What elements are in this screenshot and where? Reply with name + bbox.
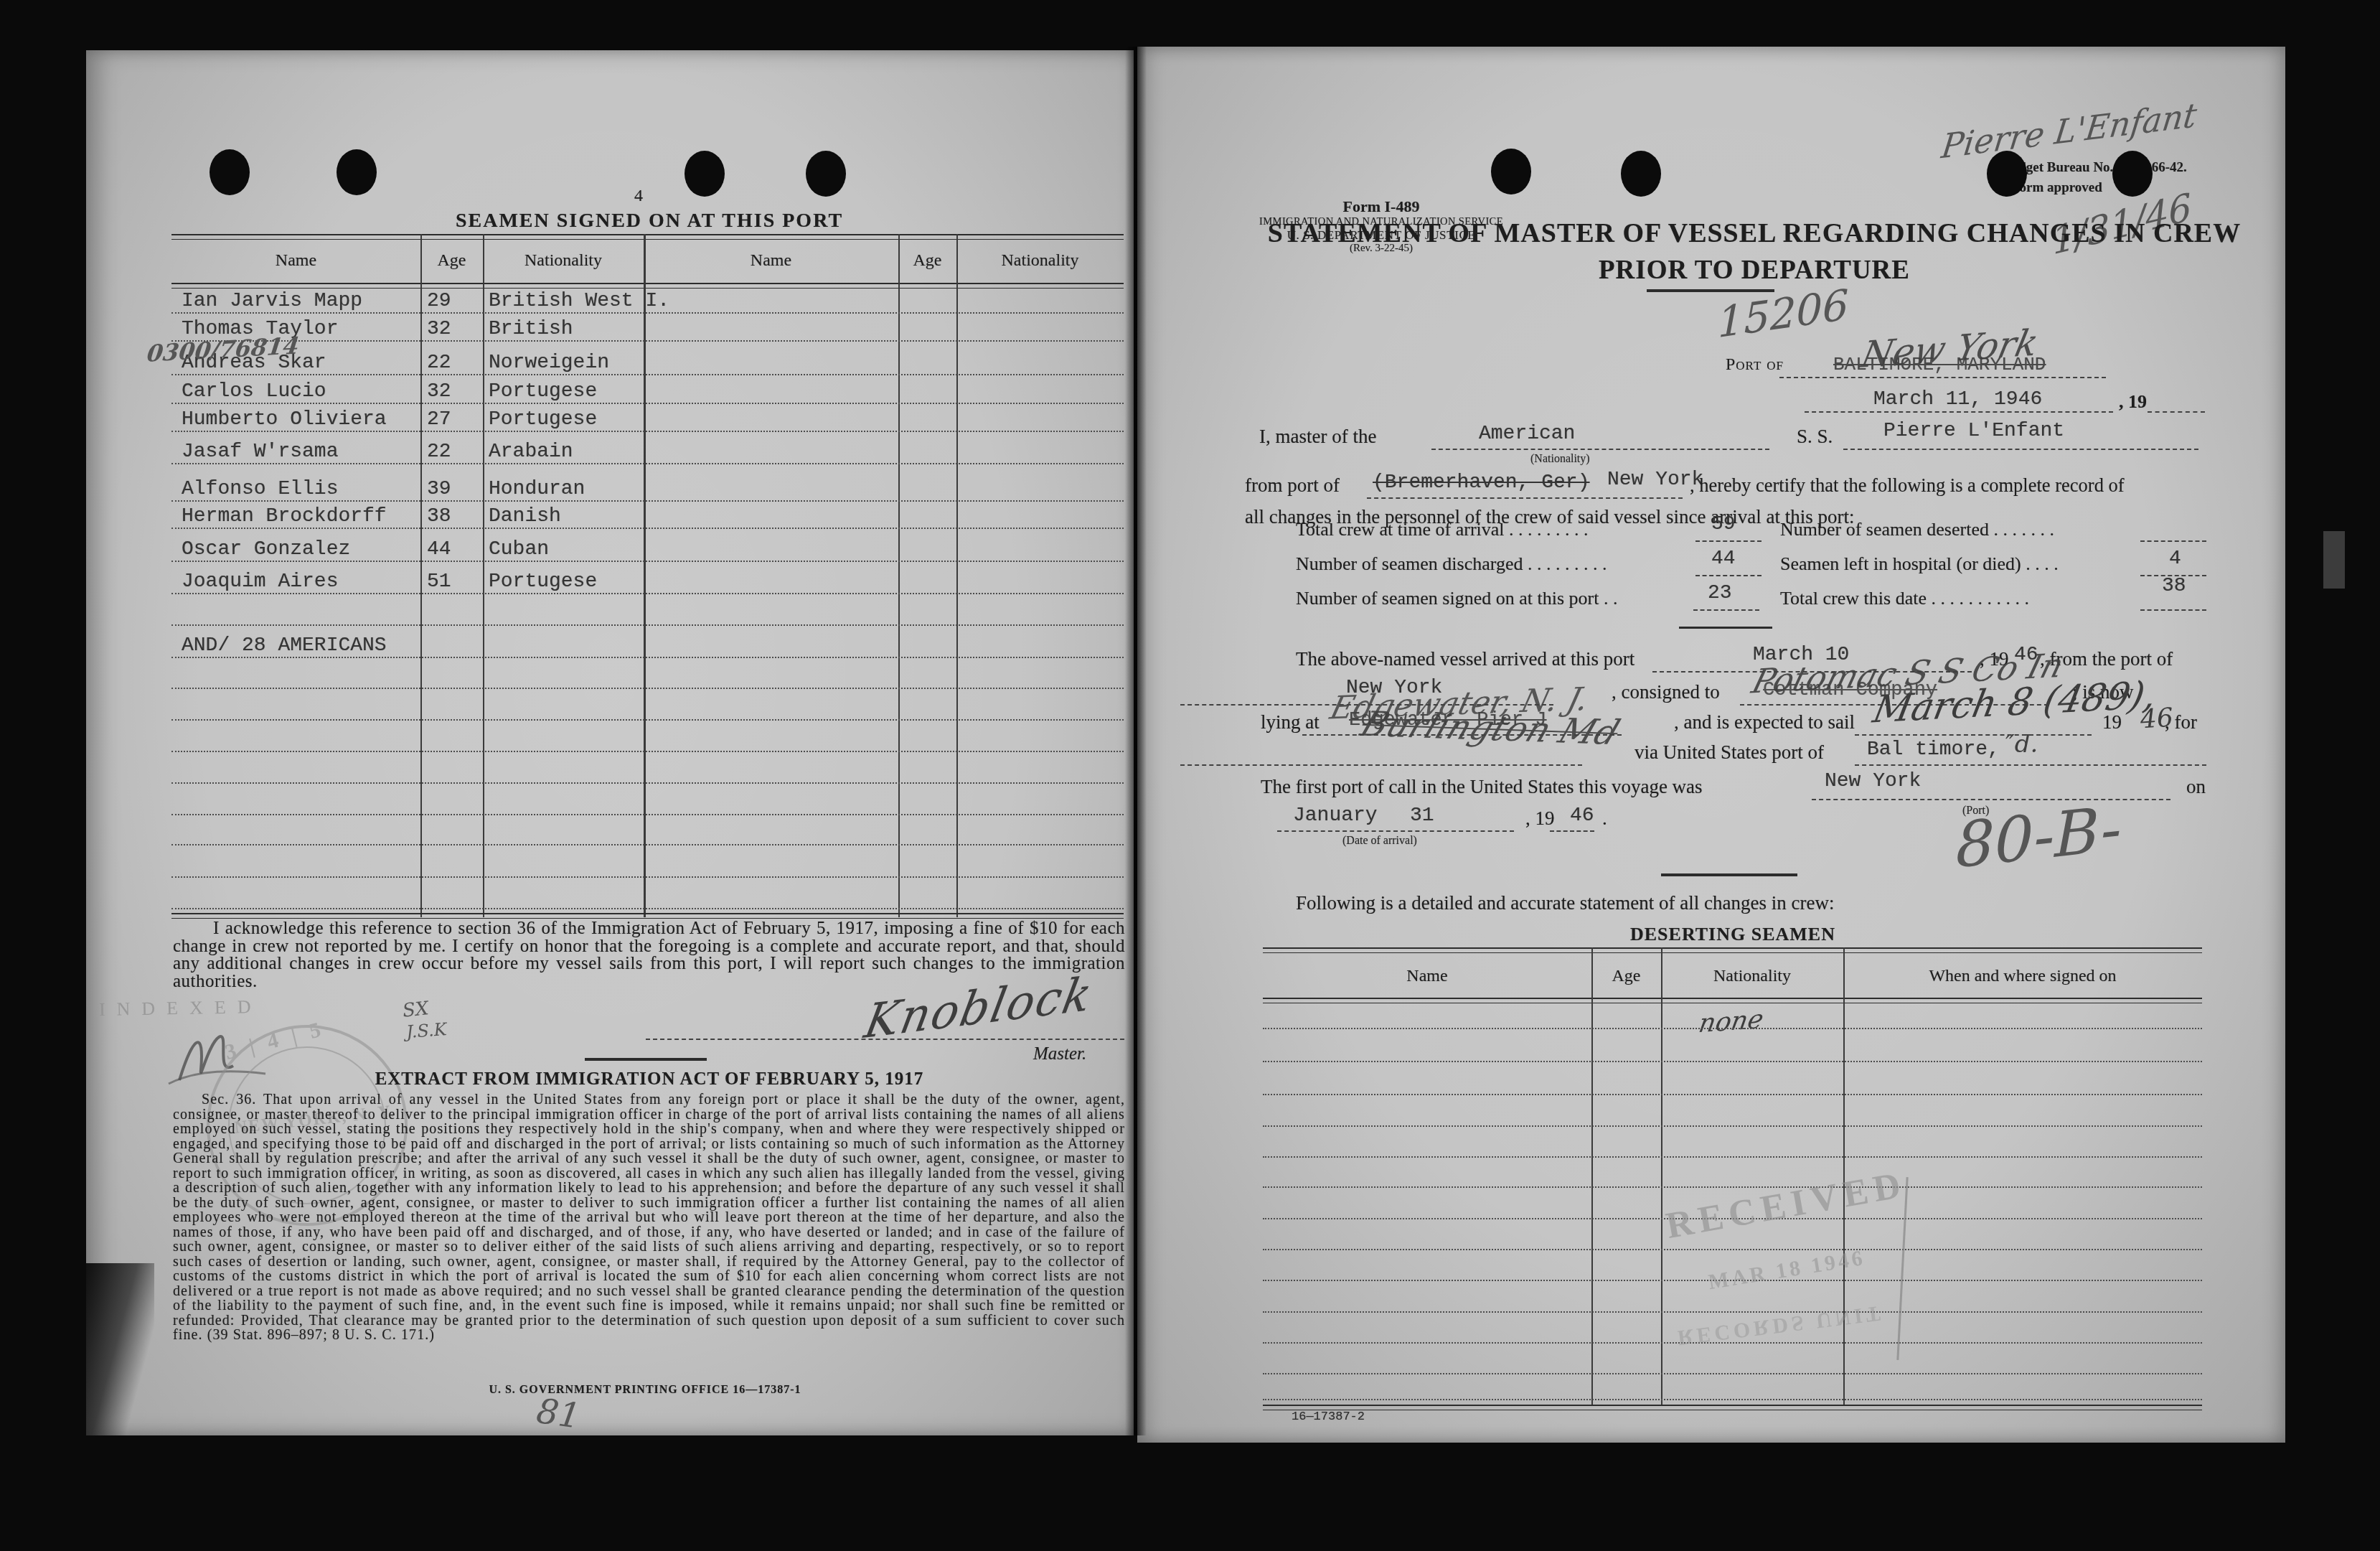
header-bottom-rule <box>1263 998 2202 1003</box>
crew-age: 29 <box>427 290 451 312</box>
row-rule <box>171 561 1124 562</box>
scan-artifact <box>2323 531 2345 589</box>
crew-nationality: Portugese <box>489 571 597 593</box>
pencil-initials-sx: SX <box>402 998 430 1022</box>
page-fold-shadow <box>1125 47 1147 1435</box>
stat-label: Seamen left in hospital (or died) . . . … <box>1780 553 2059 575</box>
handwritten-vessel-name: Pierre L'Enfant <box>1939 95 2199 167</box>
arrival-date-rule <box>1277 830 1514 832</box>
column-header: Age <box>898 251 956 271</box>
page-number: 4 <box>634 187 643 206</box>
crew-nationality: British <box>489 318 573 340</box>
table-row: Herman Brockdorff <box>182 505 387 528</box>
crew-name: Alfonso Ellis <box>182 478 338 500</box>
crew-age: 22 <box>427 441 451 463</box>
ss-label: S. S. <box>1797 426 1833 448</box>
none-entry: none <box>1696 1005 1765 1039</box>
first-port-typed: New York <box>1825 770 1921 792</box>
column-header: When and where signed on <box>1843 967 2202 986</box>
right-page: Form I-489 IMMIGRATION AND NATURALIZATIO… <box>1137 47 2285 1443</box>
punch-hole <box>2112 151 2153 197</box>
stat-value: 38 <box>2162 575 2186 597</box>
first-port-year-typed: 46 <box>1570 805 1594 827</box>
row-rule <box>1263 1094 2202 1095</box>
stat-label: Number of seamen signed on at this port … <box>1296 588 1617 609</box>
section-divider <box>1679 627 1772 629</box>
row-rule <box>171 403 1124 404</box>
row-rule <box>171 876 1124 878</box>
extract-body: Sec. 36. That upon arrival of any vessel… <box>173 1092 1125 1343</box>
column-header: Age <box>420 251 483 271</box>
nationality-typed: American <box>1479 423 1575 445</box>
column-header: Name <box>171 251 420 271</box>
row-rule <box>171 500 1124 502</box>
seamen-table-title: SEAMEN SIGNED ON AT THIS PORT <box>362 210 936 233</box>
acknowledgment-paragraph: I acknowledge this reference to section … <box>173 920 1125 990</box>
period: . <box>1602 807 1607 830</box>
master-line-prefix: I, master of the <box>1259 426 1376 448</box>
row-rule <box>171 751 1124 752</box>
row-rule <box>1263 1156 2202 1158</box>
row-rule <box>171 431 1124 432</box>
stat-rule <box>2140 540 2206 542</box>
first-port-label: The first port of call in the United Sta… <box>1261 776 1703 798</box>
row-rule <box>1263 1125 2202 1127</box>
indexed-stamp: INDEXED <box>99 996 263 1021</box>
seamen-signed-on-table: Name Age Nationality Name Age Nationalit… <box>171 234 1124 917</box>
crew-nationality: Cuban <box>489 538 549 561</box>
date-of-arrival-caption: (Date of arrival) <box>1342 835 1417 848</box>
column-separator <box>1591 947 1593 1405</box>
sail-rule <box>1855 734 2092 736</box>
date-rule <box>1805 411 2113 413</box>
crew-age: 51 <box>427 571 451 593</box>
crew-name: Humberto Oliviera <box>182 408 387 431</box>
from-port-prefix: from port of <box>1245 474 1340 497</box>
row-rule <box>1263 1061 2202 1062</box>
crew-nationality: Honduran <box>489 478 585 500</box>
table-row: Joaquim Aires <box>182 571 338 593</box>
stat-rule <box>2140 609 2206 611</box>
column-header: Nationality <box>956 251 1124 271</box>
column-header: Age <box>1591 967 1661 986</box>
stat-rule <box>1695 575 1762 576</box>
stat-value: 59 <box>1711 513 1736 535</box>
table-row: Carlos Lucio <box>182 380 326 403</box>
table-row: Alfonso Ellis <box>182 478 338 500</box>
crew-name: Oscar Gonzalez <box>182 538 350 561</box>
port-of-label: Port of <box>1726 355 1784 375</box>
stat-value: 4 <box>2169 548 2181 570</box>
arrival-date-rule-2 <box>1550 830 1594 832</box>
table-row: Ian Jarvis Mapp <box>182 290 362 312</box>
from-port-suffix: , hereby certify that the following is a… <box>1690 474 2125 497</box>
row-rule <box>171 528 1124 529</box>
row-rule <box>171 374 1124 375</box>
row-rule <box>171 908 1124 909</box>
crew-name: Ian Jarvis Mapp <box>182 290 362 312</box>
column-header: Name <box>644 251 898 271</box>
crew-age: 27 <box>427 408 451 431</box>
crew-name: Herman Brockdorff <box>182 505 387 528</box>
punch-hole <box>1987 151 2027 197</box>
master-label: Master. <box>1033 1044 1086 1064</box>
header-bottom-rule <box>171 283 1124 289</box>
stat-rule <box>1695 540 1762 542</box>
expected-sail-label: , and is expected to sail <box>1674 711 1855 734</box>
punch-hole <box>806 151 846 197</box>
row-rule <box>171 782 1124 784</box>
column-separator <box>1661 947 1662 1405</box>
row-rule <box>171 688 1124 689</box>
arrival-month-typed: January <box>1293 805 1378 827</box>
consigned-label: , consigned to <box>1612 681 1720 703</box>
form-title-line1: STATEMENT OF MASTER OF VESSEL REGARDING … <box>1266 217 2242 249</box>
via-port-typed: Bal timore, <box>1867 739 2000 761</box>
crew-name: Jasaf W'rsama <box>182 441 338 463</box>
row-rule <box>171 719 1124 721</box>
row-rule <box>1263 1186 2202 1188</box>
for-label: , for <box>2165 711 2197 734</box>
row-rule <box>1263 1399 2202 1400</box>
vessel-rule <box>1843 449 2198 450</box>
stat-label: Total crew this date . . . . . . . . . .… <box>1780 588 2029 609</box>
from-port-struck-typed: (Bremerhaven, Ger) <box>1373 472 1589 494</box>
budget-bureau-line: Budget Bureau No. 43-R066-42. <box>2002 160 2187 176</box>
crew-nationality: Portugese <box>489 408 597 431</box>
penciled-tally: 81 <box>534 1391 583 1437</box>
row-rule <box>171 312 1124 314</box>
section-divider <box>585 1058 707 1061</box>
crew-age: 38 <box>427 505 451 528</box>
crew-age: 22 <box>427 352 451 374</box>
date-typed-value: March 11, 1946 <box>1873 388 2042 411</box>
crew-nationality: Norweigein <box>489 352 609 374</box>
crew-name: Carlos Lucio <box>182 380 326 403</box>
date-printed-year: , 19 <box>2119 391 2147 413</box>
column-header: Nationality <box>1661 967 1843 986</box>
crew-age: 32 <box>427 318 451 340</box>
crew-nationality: Portugese <box>489 380 597 403</box>
table-row: Humberto Oliviera <box>182 408 387 431</box>
row-rule <box>171 814 1124 815</box>
form-id: Form I-489 <box>1245 197 1518 216</box>
stat-label: Number of seamen discharged . . . . . . … <box>1296 553 1607 575</box>
from-port-rule <box>1367 497 1683 499</box>
punch-hole <box>210 149 250 195</box>
row-rule <box>171 657 1124 658</box>
stat-label: Total crew at time of arrival . . . . . … <box>1296 519 1589 540</box>
punch-hole <box>1621 151 1661 197</box>
column-header: Name <box>1263 967 1591 986</box>
row-rule <box>171 463 1124 464</box>
pencil-initials-jsk: J.S.K <box>405 1019 447 1042</box>
vessel-typed: Pierre L'Enfant <box>1883 420 2064 442</box>
gpo-footer: U. S. GOVERNMENT PRINTING OFFICE 16—1738… <box>430 1384 860 1397</box>
nationality-rule <box>1431 449 1769 450</box>
port-rule <box>1779 377 2106 378</box>
crew-age: 39 <box>427 478 451 500</box>
row-rule <box>1263 1028 2202 1029</box>
title-underline <box>1647 289 1774 292</box>
signature-rule <box>646 1039 1124 1040</box>
date-rule-2 <box>2148 411 2205 413</box>
table-top-rule <box>1263 947 2202 953</box>
row-rule <box>171 340 1124 342</box>
row-rule <box>1263 1373 2202 1374</box>
americans-row: AND/ 28 AMERICANS <box>182 634 387 657</box>
first-port-year-printed: , 19 <box>1525 807 1555 830</box>
stat-rule <box>1693 609 1759 611</box>
row-rule <box>171 844 1124 845</box>
crew-nationality: Arabain <box>489 441 573 463</box>
struck-destination-handwritten: Burlington Md <box>1355 704 1625 753</box>
via-rule <box>1180 764 1582 766</box>
section-divider <box>1661 873 1797 876</box>
via-rule-2 <box>1855 764 2206 766</box>
crew-nationality: British West I. <box>489 290 669 312</box>
row-rule <box>171 624 1124 626</box>
torn-corner-shadow <box>86 1263 154 1435</box>
crew-age: 44 <box>427 538 451 561</box>
row-rule <box>1263 1311 2202 1313</box>
lying-at-label: lying at <box>1261 711 1320 734</box>
sail-year-printed: 19 <box>2102 711 2122 734</box>
stat-label: Number of seamen deserted . . . . . . . <box>1780 519 2054 540</box>
crew-age: 32 <box>427 380 451 403</box>
stat-value: 23 <box>1708 582 1732 604</box>
punch-hole <box>337 149 377 195</box>
on-label: on <box>2186 776 2206 798</box>
scanned-document: 4 SEAMEN SIGNED ON AT THIS PORT Name Age… <box>0 0 2380 1551</box>
punch-hole <box>685 151 725 197</box>
crew-name: Joaquim Aires <box>182 571 338 593</box>
table-bottom-rule <box>1263 1405 2202 1410</box>
arrival-day-typed: 31 <box>1410 805 1434 827</box>
table-bottom-rule <box>171 913 1124 919</box>
row-rule <box>171 593 1124 594</box>
form-title-line2: PRIOR TO DEPARTURE <box>1266 255 2242 286</box>
punch-hole <box>1491 149 1531 195</box>
table-top-rule <box>171 234 1124 240</box>
via-label: via United States port of <box>1635 741 1824 764</box>
column-header: Nationality <box>483 251 644 271</box>
row-rule <box>1263 1249 2202 1250</box>
form-footer-number: 16—17387-2 <box>1292 1410 1365 1424</box>
nationality-caption: (Nationality) <box>1530 453 1590 466</box>
stat-value: 44 <box>1711 548 1736 570</box>
crew-nationality: Danish <box>489 505 561 528</box>
left-page: 4 SEAMEN SIGNED ON AT THIS PORT Name Age… <box>86 50 1134 1435</box>
arrival-line1-prefix: The above-named vessel arrived at this p… <box>1296 648 1635 670</box>
table-row: Jasaf W'rsama <box>182 441 338 463</box>
via-state-handwritten: ″d. <box>2005 730 2038 759</box>
table-row: Oscar Gonzalez <box>182 538 350 561</box>
extract-title: EXTRACT FROM IMMIGRATION ACT OF FEBRUARY… <box>291 1069 1008 1090</box>
